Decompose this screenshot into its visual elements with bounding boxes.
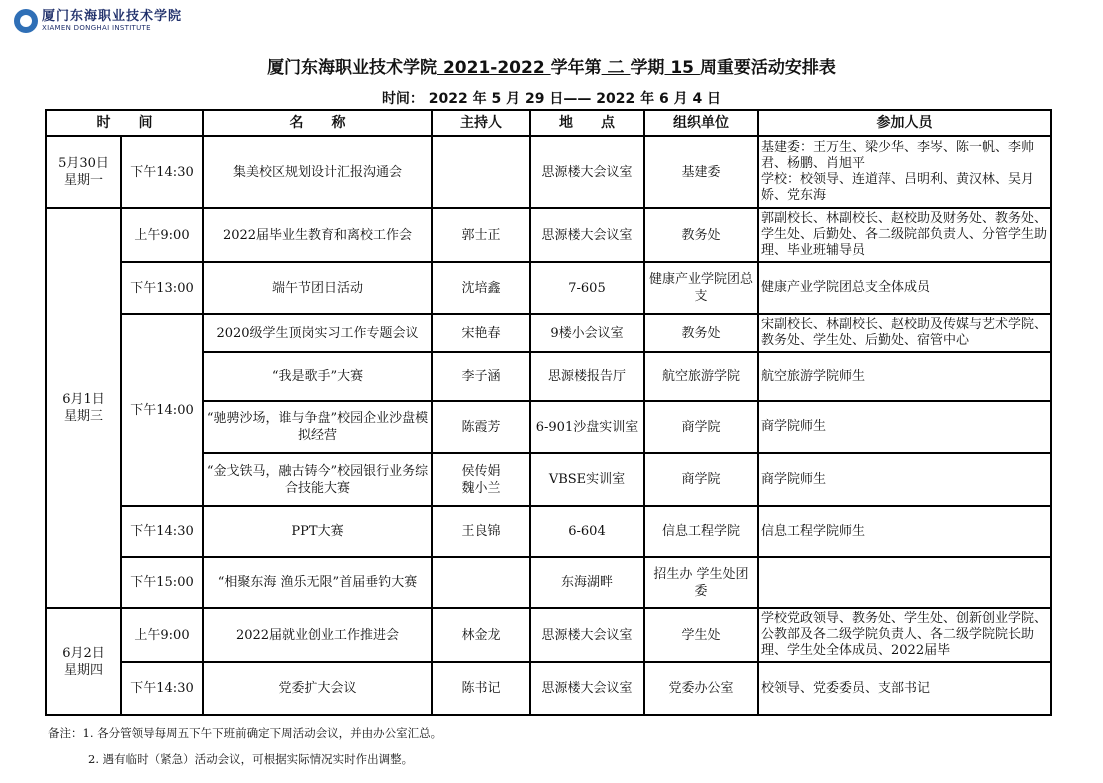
event-name: PPT大赛: [203, 506, 432, 557]
place-cell: VBSE实训室: [530, 453, 644, 506]
place-cell: 思源楼大会议室: [530, 608, 644, 662]
day-weekday: 星期四: [64, 663, 103, 678]
school-emblem-icon: [14, 9, 38, 33]
page-title: 厦门东海职业技术学院 2021-2022 学年第 二 学期 15 周重要活动安排…: [0, 53, 1103, 78]
place-cell: 思源楼报告厅: [530, 352, 644, 401]
event-name: “驰骋沙场，谁与争盘”校园企业沙盘模拟经营: [203, 401, 432, 453]
day-weekday: 星期三: [64, 409, 103, 424]
header-name: 名 称: [203, 110, 432, 136]
table-row: 6月2日星期四 上午9:00 2022届就业创业工作推进会 林金龙 思源楼大会议…: [46, 608, 1051, 662]
header-place: 地 点: [530, 110, 644, 136]
table-row: 6月1日星期三 上午9:00 2022届毕业生教育和离校工作会 郭士正 思源楼大…: [46, 208, 1051, 262]
day-date: 5月30日: [58, 156, 109, 171]
host-cell: 侯传娟 魏小兰: [432, 453, 530, 506]
people-cell: 校领导、党委委员、支部书记: [758, 662, 1051, 715]
schedule-table: 时 间 名 称 主持人 地 点 组织单位 参加人员 5月30日星期一 下午14:…: [45, 109, 1052, 716]
people-text: 学校党政领导、教务处、学生处、创新创业学院、公教部及各二级学院负责人、各二级学院…: [761, 611, 1048, 659]
event-name: “金戈铁马，融古铸今”校园银行业务综合技能大赛: [203, 453, 432, 506]
time-cell: 上午9:00: [121, 208, 203, 262]
time-cell: 下午14:30: [121, 136, 203, 208]
org-cell: 信息工程学院: [644, 506, 758, 557]
place-cell: 9楼小会议室: [530, 314, 644, 352]
title-week: 15: [664, 58, 700, 78]
place-cell: 思源楼大会议室: [530, 662, 644, 715]
host-cell: 郭士正: [432, 208, 530, 262]
people-cell: 宋副校长、林副校长、赵校助及传媒与艺术学院、教务处、学生处、后勤处、宿管中心: [758, 314, 1051, 352]
table-row: 下午14:30 PPT大赛 王良锦 6-604 信息工程学院 信息工程学院师生: [46, 506, 1051, 557]
org-cell: 健康产业学院团总支: [644, 262, 758, 314]
time-cell: 下午14:00: [121, 314, 203, 506]
people-text: 宋副校长、林副校长、赵校助及传媒与艺术学院、教务处、学生处、后勤处、宿管中心: [761, 317, 1048, 349]
event-name: 2022届毕业生教育和离校工作会: [203, 208, 432, 262]
day-cell: 6月1日星期三: [46, 208, 121, 608]
people-cell: 信息工程学院师生: [758, 506, 1051, 557]
title-term: 二: [602, 58, 631, 78]
title-year: 2021-2022: [437, 58, 551, 78]
host-cell: 沈培鑫: [432, 262, 530, 314]
table-row: 下午13:00 端午节团日活动 沈培鑫 7-605 健康产业学院团总支 健康产业…: [46, 262, 1051, 314]
header-row: 时 间 名 称 主持人 地 点 组织单位 参加人员: [46, 110, 1051, 136]
event-name: 集美校区规划设计汇报沟通会: [203, 136, 432, 208]
title-mid1: 学年第: [551, 58, 602, 78]
host-cell: 陈霞芳: [432, 401, 530, 453]
day-cell: 5月30日星期一: [46, 136, 121, 208]
event-name: 2022届就业创业工作推进会: [203, 608, 432, 662]
org-cell: 航空旅游学院: [644, 352, 758, 401]
people-cell: 商学院师生: [758, 453, 1051, 506]
place-cell: 6-604: [530, 506, 644, 557]
note-2: 2. 遇有临时（紧急）活动会议，可根据实际情况实时作出调整。: [48, 746, 442, 772]
time-cell: 下午13:00: [121, 262, 203, 314]
header-host: 主持人: [432, 110, 530, 136]
header-people: 参加人员: [758, 110, 1051, 136]
logo-english-name: XIAMEN DONGHAI INSTITUTE: [42, 25, 182, 32]
people-text: 郭副校长、林副校长、赵校助及财务处、教务处、学生处、后勤处、各二级院部负责人、分…: [761, 211, 1048, 259]
org-cell: 学生处: [644, 608, 758, 662]
people-cell: 商学院师生: [758, 401, 1051, 453]
header-time: 时 间: [46, 110, 203, 136]
org-cell: 招生办 学生处团委: [644, 557, 758, 608]
school-logo: 厦门东海职业技术学院 XIAMEN DONGHAI INSTITUTE: [14, 9, 182, 33]
logo-chinese-name: 厦门东海职业技术学院: [42, 10, 182, 23]
org-cell: 商学院: [644, 453, 758, 506]
people-cell: 基建委：王万生、梁少华、李岑、陈一帆、李帅君、杨鹏、肖旭平 学校：校领导、连道萍…: [758, 136, 1051, 208]
place-cell: 思源楼大会议室: [530, 136, 644, 208]
org-cell: 教务处: [644, 208, 758, 262]
table-row: 5月30日星期一 下午14:30 集美校区规划设计汇报沟通会 思源楼大会议室 基…: [46, 136, 1051, 208]
org-cell: 商学院: [644, 401, 758, 453]
host-cell: [432, 136, 530, 208]
event-name: 党委扩大会议: [203, 662, 432, 715]
title-suffix: 周重要活动安排表: [700, 58, 836, 78]
footnotes: 备注：1. 各分管领导每周五下午下班前确定下周活动会议，并由办公室汇总。 2. …: [48, 720, 442, 772]
people-cell: 学校党政领导、教务处、学生处、创新创业学院、公教部及各二级学院负责人、各二级学院…: [758, 608, 1051, 662]
host-cell: 宋艳春: [432, 314, 530, 352]
people-cell: 健康产业学院团总支全体成员: [758, 262, 1051, 314]
time-cell: 下午14:30: [121, 662, 203, 715]
day-weekday: 星期一: [64, 173, 103, 188]
day-date: 6月1日: [62, 392, 105, 407]
place-cell: 6-901沙盘实训室: [530, 401, 644, 453]
time-cell: 上午9:00: [121, 608, 203, 662]
people-cell: [758, 557, 1051, 608]
table-row: 下午14:00 2020级学生顶岗实习工作专题会议 宋艳春 9楼小会议室 教务处…: [46, 314, 1051, 352]
time-cell: 下午14:30: [121, 506, 203, 557]
day-cell: 6月2日星期四: [46, 608, 121, 715]
people-text: 基建委：王万生、梁少华、李岑、陈一帆、李帅君、杨鹏、肖旭平 学校：校领导、连道萍…: [761, 140, 1048, 204]
host-cell: [432, 557, 530, 608]
header-org: 组织单位: [644, 110, 758, 136]
org-cell: 党委办公室: [644, 662, 758, 715]
place-cell: 7-605: [530, 262, 644, 314]
host-cell: 王良锦: [432, 506, 530, 557]
event-name: “我是歌手”大赛: [203, 352, 432, 401]
people-cell: 航空旅游学院师生: [758, 352, 1051, 401]
host-cell: 李子涵: [432, 352, 530, 401]
table-row: 下午15:00 “相聚东海 渔乐无限”首届垂钓大赛 东海湖畔 招生办 学生处团委: [46, 557, 1051, 608]
time-cell: 下午15:00: [121, 557, 203, 608]
org-cell: 基建委: [644, 136, 758, 208]
people-cell: 郭副校长、林副校长、赵校助及财务处、教务处、学生处、后勤处、各二级院部负责人、分…: [758, 208, 1051, 262]
place-cell: 东海湖畔: [530, 557, 644, 608]
event-name: 2020级学生顶岗实习工作专题会议: [203, 314, 432, 352]
host-cell: 林金龙: [432, 608, 530, 662]
table-row: 下午14:30 党委扩大会议 陈书记 思源楼大会议室 党委办公室 校领导、党委委…: [46, 662, 1051, 715]
title-prefix: 厦门东海职业技术学院: [267, 58, 437, 78]
host-cell: 陈书记: [432, 662, 530, 715]
org-cell: 教务处: [644, 314, 758, 352]
title-mid2: 学期: [630, 58, 664, 78]
day-date: 6月2日: [62, 646, 105, 661]
date-range: 时间： 2022 年 5 月 29 日—— 2022 年 6 月 4 日: [0, 88, 1103, 108]
place-cell: 思源楼大会议室: [530, 208, 644, 262]
note-1: 备注：1. 各分管领导每周五下午下班前确定下周活动会议，并由办公室汇总。: [48, 720, 442, 746]
event-name: “相聚东海 渔乐无限”首届垂钓大赛: [203, 557, 432, 608]
event-name: 端午节团日活动: [203, 262, 432, 314]
